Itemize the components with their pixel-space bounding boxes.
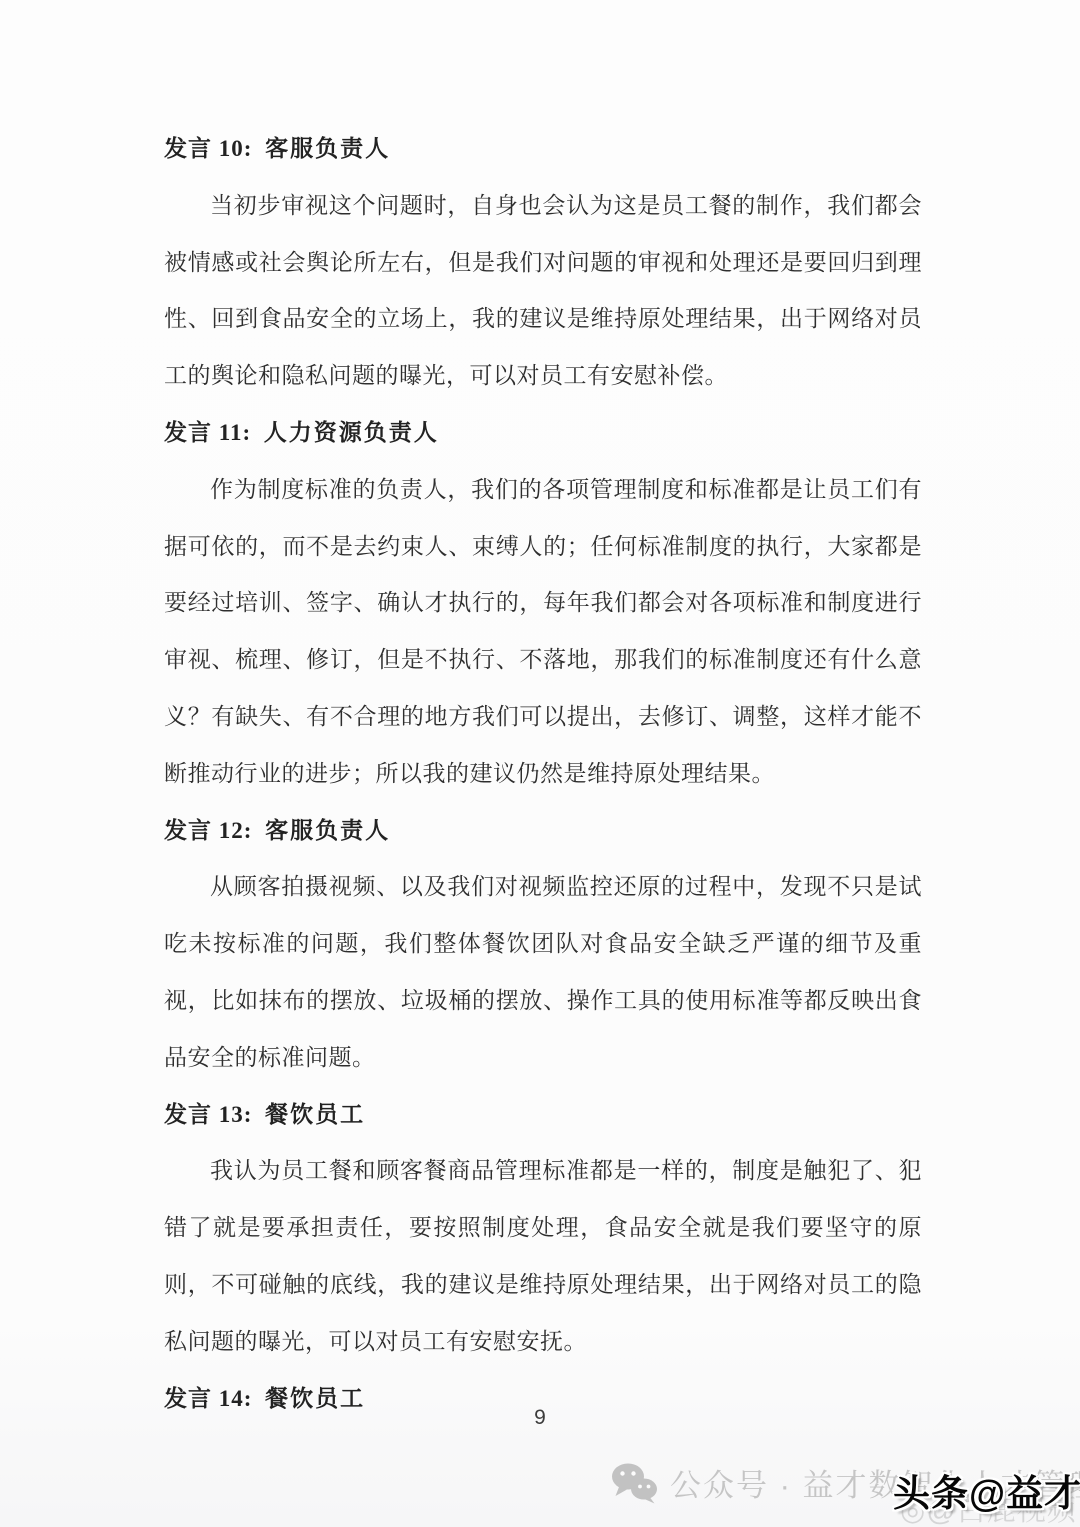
speech-speaker: 客服负责人: [265, 818, 390, 843]
document-content: 发言 10:客服负责人 当初步审视这个问题时，自身也会认为这是员工餐的制作，我们…: [164, 121, 922, 1427]
speech-section-12: 发言 12:客服负责人 从顾客拍摄视频、以及我们对视频监控还原的过程中，发现不只…: [164, 803, 922, 1087]
speech-label: 发言 13:: [164, 1102, 252, 1127]
speech-heading: 发言 10:客服负责人: [164, 121, 922, 178]
speech-paragraph: 当初步审视这个问题时，自身也会认为这是员工餐的制作，我们都会被情感或社会舆论所左…: [164, 178, 922, 405]
speech-heading: 发言 13:餐饮员工: [164, 1087, 922, 1144]
speech-section-11: 发言 11:人力资源负责人 作为制度标准的负责人，我们的各项管理制度和标准都是让…: [164, 405, 922, 803]
speech-label: 发言 12:: [164, 818, 252, 843]
speech-paragraph: 从顾客拍摄视频、以及我们对视频监控还原的过程中，发现不只是试吃未按标准的问题，我…: [164, 859, 922, 1086]
speech-heading: 发言 12:客服负责人: [164, 803, 922, 860]
speech-paragraph: 作为制度标准的负责人，我们的各项管理制度和标准都是让员工们有据可依的，而不是去约…: [164, 462, 922, 803]
document-page: 发言 10:客服负责人 当初步审视这个问题时，自身也会认为这是员工餐的制作，我们…: [0, 0, 1080, 1527]
speech-speaker: 餐饮员工: [265, 1102, 365, 1127]
speech-speaker: 人力资源负责人: [264, 420, 439, 445]
page-number: 9: [0, 1406, 1080, 1430]
speech-label: 发言 10:: [164, 136, 252, 161]
speech-section-13: 发言 13:餐饮员工 我认为员工餐和顾客餐商品管理标准都是一样的，制度是触犯了、…: [164, 1087, 922, 1371]
speech-heading: 发言 11:人力资源负责人: [164, 405, 922, 462]
wechat-icon: [610, 1462, 658, 1504]
speech-speaker: 客服负责人: [265, 136, 390, 161]
footer-watermarks: 公众号 · 益才数智化人才管理 ◎@白鹿视频 头条@益才: [0, 1450, 1080, 1527]
speech-section-10: 发言 10:客服负责人 当初步审视这个问题时，自身也会认为这是员工餐的制作，我们…: [164, 121, 922, 405]
toutiao-watermark-label: 头条@益才: [893, 1463, 1080, 1517]
speech-label: 发言 11:: [164, 420, 251, 445]
speech-paragraph: 我认为员工餐和顾客餐商品管理标准都是一样的，制度是触犯了、犯错了就是要承担责任，…: [164, 1143, 922, 1370]
